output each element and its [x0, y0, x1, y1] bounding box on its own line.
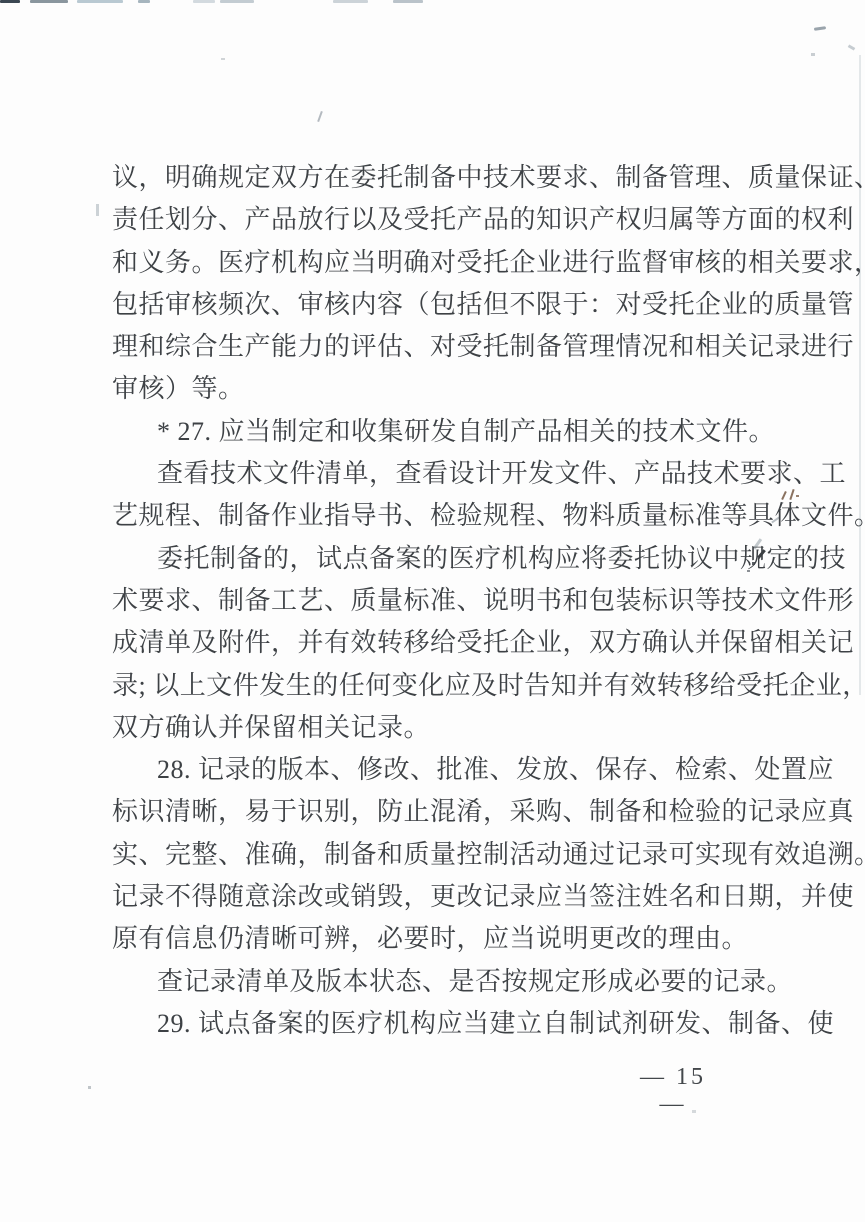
- text-line: 标识清晰，易于识别，防止混淆，采购、制备和检验的记录应真: [112, 791, 760, 833]
- scan-speck: [88, 1086, 91, 1089]
- text-line: 包括审核频次、审核内容（包括但不限于：对受托企业的质量管: [112, 284, 760, 326]
- scan-mark: [333, 0, 368, 3]
- scan-speck: [848, 44, 856, 50]
- scan-edge-shadow: [859, 55, 861, 695]
- scan-speck: [317, 111, 323, 122]
- page-number: — 15 —: [628, 1064, 718, 1118]
- text-line: 审核）等。: [112, 368, 760, 410]
- text-line: 委托制备的，试点备案的医疗机构应将委托协议中规定的技: [112, 538, 760, 580]
- scan-mark: [393, 0, 423, 3]
- text-line: 29. 试点备案的医疗机构应当建立自制试剂研发、制备、使: [112, 1003, 760, 1045]
- scan-mark: [30, 0, 68, 3]
- document-body: 议，明确规定双方在委托制备中技术要求、制备管理、质量保证、责任划分、产品放行以及…: [112, 157, 760, 1045]
- text-line: 责任划分、产品放行以及受托产品的知识产权归属等方面的权利: [112, 199, 760, 241]
- text-line: 录; 以上文件发生的任何变化应及时告知并有效转移给受托企业，: [112, 665, 760, 707]
- scan-mark: [193, 0, 215, 3]
- text-line: 双方确认并保留相关记录。: [112, 707, 760, 749]
- text-line: 议，明确规定双方在委托制备中技术要求、制备管理、质量保证、: [112, 157, 760, 199]
- scan-mark: [77, 0, 123, 3]
- scan-mark: [220, 0, 254, 3]
- scan-mark: [138, 0, 150, 3]
- text-line: 和义务。医疗机构应当明确对受托企业进行监督审核的相关要求，: [112, 242, 760, 284]
- text-line: 理和综合生产能力的评估、对受托制备管理情况和相关记录进行: [112, 326, 760, 368]
- text-line: 查看技术文件清单，查看设计开发文件、产品技术要求、工: [112, 453, 760, 495]
- text-line: 实、完整、准确，制备和质量控制活动通过记录可实现有效追溯。: [112, 834, 760, 876]
- text-line: 成清单及附件，并有效转移给受托企业，双方确认并保留相关记: [112, 622, 760, 664]
- scan-speck: [221, 58, 225, 60]
- text-line: 术要求、制备工艺、质量标准、说明书和包装标识等技术文件形: [112, 580, 760, 622]
- text-line: 记录不得随意涂改或销毁，更改记录应当签注姓名和日期，并使: [112, 876, 760, 918]
- document-page: 议，明确规定双方在委托制备中技术要求、制备管理、质量保证、责任划分、产品放行以及…: [0, 0, 865, 1222]
- pen-mark: [796, 495, 799, 497]
- scan-speck: [811, 53, 815, 56]
- text-line: 查记录清单及版本状态、是否按规定形成必要的记录。: [112, 961, 760, 1003]
- text-line: 艺规程、制备作业指导书、检验规程、物料质量标准等具体文件。: [112, 495, 760, 537]
- text-line: 原有信息仍清晰可辨，必要时，应当说明更改的理由。: [112, 918, 760, 960]
- scan-speck: [814, 26, 826, 31]
- text-line: * 27. 应当制定和收集研发自制产品相关的技术文件。: [112, 411, 760, 453]
- scan-mark: [0, 0, 20, 3]
- scan-smudge: [96, 204, 99, 216]
- text-line: 28. 记录的版本、修改、批准、发放、保存、检索、处置应: [112, 749, 760, 791]
